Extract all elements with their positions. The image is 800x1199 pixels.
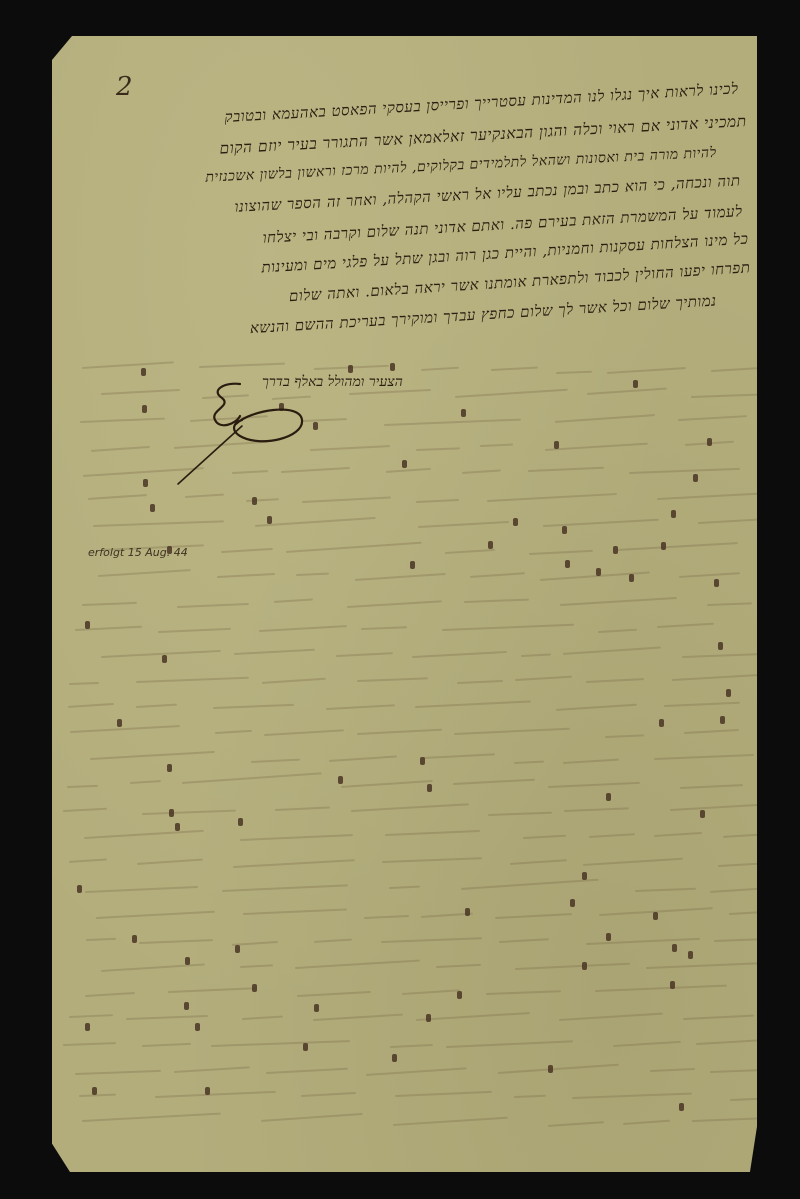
bleed-stroke xyxy=(382,857,482,863)
ink-blot xyxy=(707,438,712,446)
ink-blot xyxy=(700,810,705,818)
page-number-mark: 2 xyxy=(116,72,133,102)
bleed-stroke xyxy=(221,548,273,553)
bleed-stroke xyxy=(82,1113,221,1122)
bleed-stroke xyxy=(555,414,655,423)
bleed-stroke xyxy=(548,1122,604,1128)
bleed-stroke xyxy=(355,573,446,581)
ink-blot xyxy=(205,1087,210,1095)
bleed-stroke xyxy=(85,992,135,997)
bleed-stroke xyxy=(395,1091,492,1097)
bleed-stroke xyxy=(418,521,509,528)
ink-blot xyxy=(410,561,415,569)
bleed-stroke xyxy=(445,549,495,554)
bleed-stroke xyxy=(142,809,236,814)
ink-blot xyxy=(143,479,148,487)
bleed-stroke xyxy=(707,603,752,607)
bleed-stroke xyxy=(240,964,273,968)
bleed-stroke xyxy=(653,754,753,760)
bleed-stroke xyxy=(101,650,221,658)
bleed-stroke xyxy=(563,758,619,763)
bleed-stroke xyxy=(139,939,213,944)
ink-blot xyxy=(142,405,147,413)
bleed-stroke xyxy=(680,784,743,789)
ink-blot xyxy=(661,542,666,550)
bleed-stroke xyxy=(446,1040,573,1048)
bleed-stroke xyxy=(441,623,573,630)
bleed-stroke xyxy=(635,888,696,892)
bleed-stroke xyxy=(654,832,702,837)
bleed-stroke xyxy=(464,598,529,602)
bleed-stroke xyxy=(329,755,397,762)
ink-blot xyxy=(420,757,425,765)
ink-blot xyxy=(714,579,719,587)
ink-blot xyxy=(238,818,243,826)
ink-blot xyxy=(313,422,318,430)
bleed-stroke xyxy=(416,447,460,451)
ink-blot xyxy=(314,1004,319,1012)
bleed-stroke xyxy=(556,370,592,373)
bleed-stroke xyxy=(262,677,326,683)
ink-blot xyxy=(92,1087,97,1095)
bleed-stroke xyxy=(595,985,727,992)
ink-blot xyxy=(77,885,82,893)
bleed-stroke xyxy=(677,415,746,421)
bleed-stroke xyxy=(559,1013,663,1021)
ink-blot xyxy=(141,368,146,376)
bleed-stroke xyxy=(587,387,666,394)
ink-blot xyxy=(465,908,470,916)
ink-blot xyxy=(720,716,725,724)
ink-blot xyxy=(653,912,658,920)
bleed-stroke xyxy=(101,389,180,395)
bleed-stroke xyxy=(605,734,644,738)
ink-blot xyxy=(426,1014,431,1022)
bleed-stroke xyxy=(69,858,107,863)
ink-blot xyxy=(85,1023,90,1031)
bleed-stroke xyxy=(296,573,329,576)
bleed-stroke xyxy=(84,830,204,839)
bleed-stroke xyxy=(572,1093,692,1099)
bleed-stroke xyxy=(613,1041,681,1047)
bleed-stroke xyxy=(234,649,315,655)
bleed-stroke xyxy=(657,623,714,628)
ink-blot xyxy=(267,516,272,524)
bleed-stroke xyxy=(617,542,738,551)
bleed-stroke xyxy=(174,1067,250,1074)
bleed-stroke xyxy=(583,858,683,866)
bleed-stroke xyxy=(98,569,190,577)
bleed-stroke xyxy=(313,1014,403,1021)
bleed-stroke xyxy=(385,830,480,836)
ink-blot xyxy=(513,518,518,526)
bleed-stroke xyxy=(563,646,661,655)
bleed-stroke xyxy=(242,1015,283,1019)
ink-blot xyxy=(562,526,567,534)
ink-blot xyxy=(348,365,353,373)
bleed-stroke xyxy=(347,600,442,608)
bleed-stroke xyxy=(543,519,659,527)
bleed-stroke xyxy=(436,964,481,968)
ink-blot xyxy=(633,380,638,388)
bleed-stroke xyxy=(217,573,275,578)
bleed-stroke xyxy=(261,1113,363,1122)
bleed-stroke xyxy=(336,652,393,657)
bleed-stroke xyxy=(142,1043,191,1047)
bleed-stroke xyxy=(521,653,551,657)
bleed-stroke xyxy=(233,859,355,868)
bleed-stroke xyxy=(494,914,571,920)
bleed-stroke xyxy=(79,1093,116,1096)
bleed-stroke xyxy=(310,445,390,451)
ink-blot xyxy=(565,560,570,568)
bleed-stroke xyxy=(515,675,572,680)
bleed-stroke xyxy=(91,446,150,452)
bleed-stroke xyxy=(361,627,407,631)
bleed-stroke xyxy=(69,1014,113,1018)
ink-blot xyxy=(659,719,664,727)
ink-blot xyxy=(162,655,167,663)
ink-blot xyxy=(671,510,676,518)
ink-blot xyxy=(402,460,407,468)
ink-blot xyxy=(303,1043,308,1051)
bleed-stroke xyxy=(82,361,174,369)
archival-annotation-text: erfolgt 15 Aug. 44 xyxy=(88,546,188,559)
bleed-stroke xyxy=(457,680,503,684)
bleed-stroke xyxy=(486,493,616,502)
ink-blot xyxy=(718,642,723,650)
ink-blot xyxy=(427,784,432,792)
ink-blot xyxy=(693,474,698,482)
bleed-stroke xyxy=(480,443,513,446)
bleed-stroke xyxy=(70,725,180,733)
bleed-stroke xyxy=(90,751,215,760)
bleed-stroke xyxy=(297,991,371,997)
bleed-stroke xyxy=(67,785,98,788)
bleed-stroke xyxy=(515,963,630,970)
bleed-stroke xyxy=(452,778,534,784)
ink-blot xyxy=(195,1023,200,1031)
bleed-stroke xyxy=(182,772,322,784)
bleed-stroke xyxy=(560,597,677,606)
bleed-stroke xyxy=(266,1068,348,1074)
bleed-stroke xyxy=(364,915,409,919)
archival-annotation: erfolgt 15 Aug. 44 xyxy=(88,546,188,559)
bleed-stroke xyxy=(402,989,460,995)
ink-blot xyxy=(629,574,634,582)
bleed-stroke xyxy=(389,885,420,888)
bleed-stroke xyxy=(199,363,285,368)
bleed-stroke xyxy=(564,807,629,812)
bleed-stroke xyxy=(588,833,634,838)
ink-blot xyxy=(235,945,240,953)
ink-blot xyxy=(185,957,190,965)
bleed-stroke xyxy=(240,834,352,841)
bleed-stroke xyxy=(246,498,279,502)
ink-blot xyxy=(554,441,559,449)
bleed-stroke xyxy=(682,653,760,658)
bleed-stroke xyxy=(384,418,520,425)
ink-blot xyxy=(132,935,137,943)
bleed-stroke xyxy=(295,960,420,969)
bleed-stroke xyxy=(423,753,495,759)
bleed-stroke xyxy=(393,1117,508,1126)
bleed-stroke xyxy=(514,1094,546,1097)
ink-blot xyxy=(461,409,466,417)
bleed-stroke xyxy=(455,389,568,398)
bleed-stroke xyxy=(168,987,257,993)
bleed-stroke xyxy=(357,728,442,734)
bleed-stroke xyxy=(683,1014,754,1019)
ink-blot xyxy=(169,809,174,817)
bleed-stroke xyxy=(548,782,640,788)
bleed-stroke xyxy=(650,1067,695,1071)
bleed-stroke xyxy=(461,878,599,889)
bleed-stroke xyxy=(136,677,249,683)
bleed-stroke xyxy=(326,705,395,711)
bleed-stroke xyxy=(351,803,469,812)
bleed-stroke xyxy=(302,497,391,504)
bleed-stroke xyxy=(421,367,459,371)
bleed-stroke xyxy=(213,704,294,709)
bleed-stroke xyxy=(513,760,543,763)
bleed-stroke xyxy=(390,1044,433,1048)
ink-blot xyxy=(150,504,155,512)
ink-blot xyxy=(184,1002,189,1010)
ink-blot xyxy=(548,1065,553,1073)
bleed-stroke xyxy=(412,651,506,658)
bleed-stroke xyxy=(177,603,249,608)
bleed-stroke xyxy=(586,678,644,683)
bleed-stroke xyxy=(75,1070,161,1075)
ink-blot xyxy=(457,991,462,999)
ink-blot xyxy=(252,984,257,992)
ink-blot xyxy=(596,568,601,576)
bleed-stroke xyxy=(286,542,421,553)
bleed-stroke xyxy=(523,834,566,838)
bleed-stroke xyxy=(386,468,431,473)
bleed-stroke xyxy=(63,1042,116,1046)
bleed-stroke xyxy=(314,938,352,942)
signature-flourish xyxy=(170,376,310,496)
ink-blot xyxy=(688,951,693,959)
bleed-stroke xyxy=(499,938,550,943)
bleed-stroke xyxy=(629,468,740,474)
bleed-stroke xyxy=(646,962,770,969)
bleed-stroke xyxy=(684,729,739,734)
bleed-stroke xyxy=(664,702,740,707)
bleed-stroke xyxy=(545,443,648,451)
ink-blot xyxy=(726,689,731,697)
ink-blot xyxy=(167,764,172,772)
ink-blot xyxy=(570,899,575,907)
letter-page: 2 לכינו לראות איך נגלו לנו המדינות עסטרי… xyxy=(52,36,757,1172)
bleed-stroke xyxy=(93,521,224,528)
bleed-stroke xyxy=(255,517,376,527)
bleed-stroke xyxy=(529,550,593,555)
bleed-stroke xyxy=(528,467,604,472)
bleed-stroke xyxy=(556,704,637,711)
bleed-stroke xyxy=(488,811,552,815)
ink-blot xyxy=(672,944,677,952)
bleed-stroke xyxy=(155,1091,276,1098)
bleed-stroke xyxy=(136,859,202,865)
ink-blot xyxy=(392,1054,397,1062)
bleed-stroke xyxy=(85,886,198,893)
bleed-stroke xyxy=(381,937,482,943)
bleed-stroke xyxy=(68,703,114,708)
bleed-stroke xyxy=(87,494,146,500)
bleed-stroke xyxy=(415,700,531,708)
ink-blot xyxy=(582,962,587,970)
bleed-stroke xyxy=(462,470,502,475)
bleed-stroke xyxy=(623,1120,670,1125)
bleed-stroke xyxy=(710,887,763,892)
bleed-stroke xyxy=(275,806,330,811)
ink-blot xyxy=(488,541,493,549)
bleed-stroke xyxy=(416,1012,530,1021)
ink-blot xyxy=(606,933,611,941)
bleed-stroke xyxy=(96,910,215,918)
bleed-stroke xyxy=(222,885,348,893)
bleed-stroke xyxy=(251,758,300,762)
bleed-stroke xyxy=(491,367,538,371)
ink-blot xyxy=(175,823,180,831)
ink-blot xyxy=(679,1103,684,1111)
bleed-stroke xyxy=(486,990,561,995)
bleed-stroke xyxy=(607,367,686,374)
ink-blot xyxy=(670,981,675,989)
bleed-stroke xyxy=(69,682,99,685)
bleed-stroke xyxy=(274,599,314,604)
ink-blot xyxy=(582,872,587,880)
bleed-stroke xyxy=(79,417,164,422)
bleed-stroke xyxy=(470,573,525,579)
bleed-stroke xyxy=(264,730,344,737)
ink-blot xyxy=(613,546,618,554)
ink-blot xyxy=(606,793,611,801)
bleed-stroke xyxy=(679,572,740,578)
bleed-stroke xyxy=(416,499,459,503)
bleed-stroke xyxy=(301,1092,356,1097)
bleed-stroke xyxy=(357,677,428,682)
bleed-stroke xyxy=(585,938,699,945)
bleed-stroke xyxy=(510,859,567,865)
bleed-stroke xyxy=(136,704,177,708)
bleed-stroke xyxy=(125,1015,207,1020)
bleed-stroke xyxy=(259,625,347,632)
bleed-stroke xyxy=(130,780,161,784)
bleed-stroke xyxy=(215,730,252,734)
bleed-stroke xyxy=(82,602,137,606)
bleed-stroke xyxy=(341,780,433,788)
ink-blot xyxy=(338,776,343,784)
bleed-stroke xyxy=(86,938,116,941)
ink-blot xyxy=(390,363,395,371)
bleed-stroke xyxy=(63,808,107,812)
ink-blot xyxy=(85,621,90,629)
bleed-stroke xyxy=(598,629,638,633)
bleed-stroke xyxy=(366,1067,467,1076)
bleed-stroke xyxy=(454,727,570,734)
bleed-stroke xyxy=(498,1063,619,1073)
ink-blot xyxy=(117,719,122,727)
ink-blot xyxy=(252,497,257,505)
bleed-stroke xyxy=(243,908,347,915)
bleed-stroke xyxy=(158,628,231,633)
bleed-stroke xyxy=(211,1040,350,1047)
